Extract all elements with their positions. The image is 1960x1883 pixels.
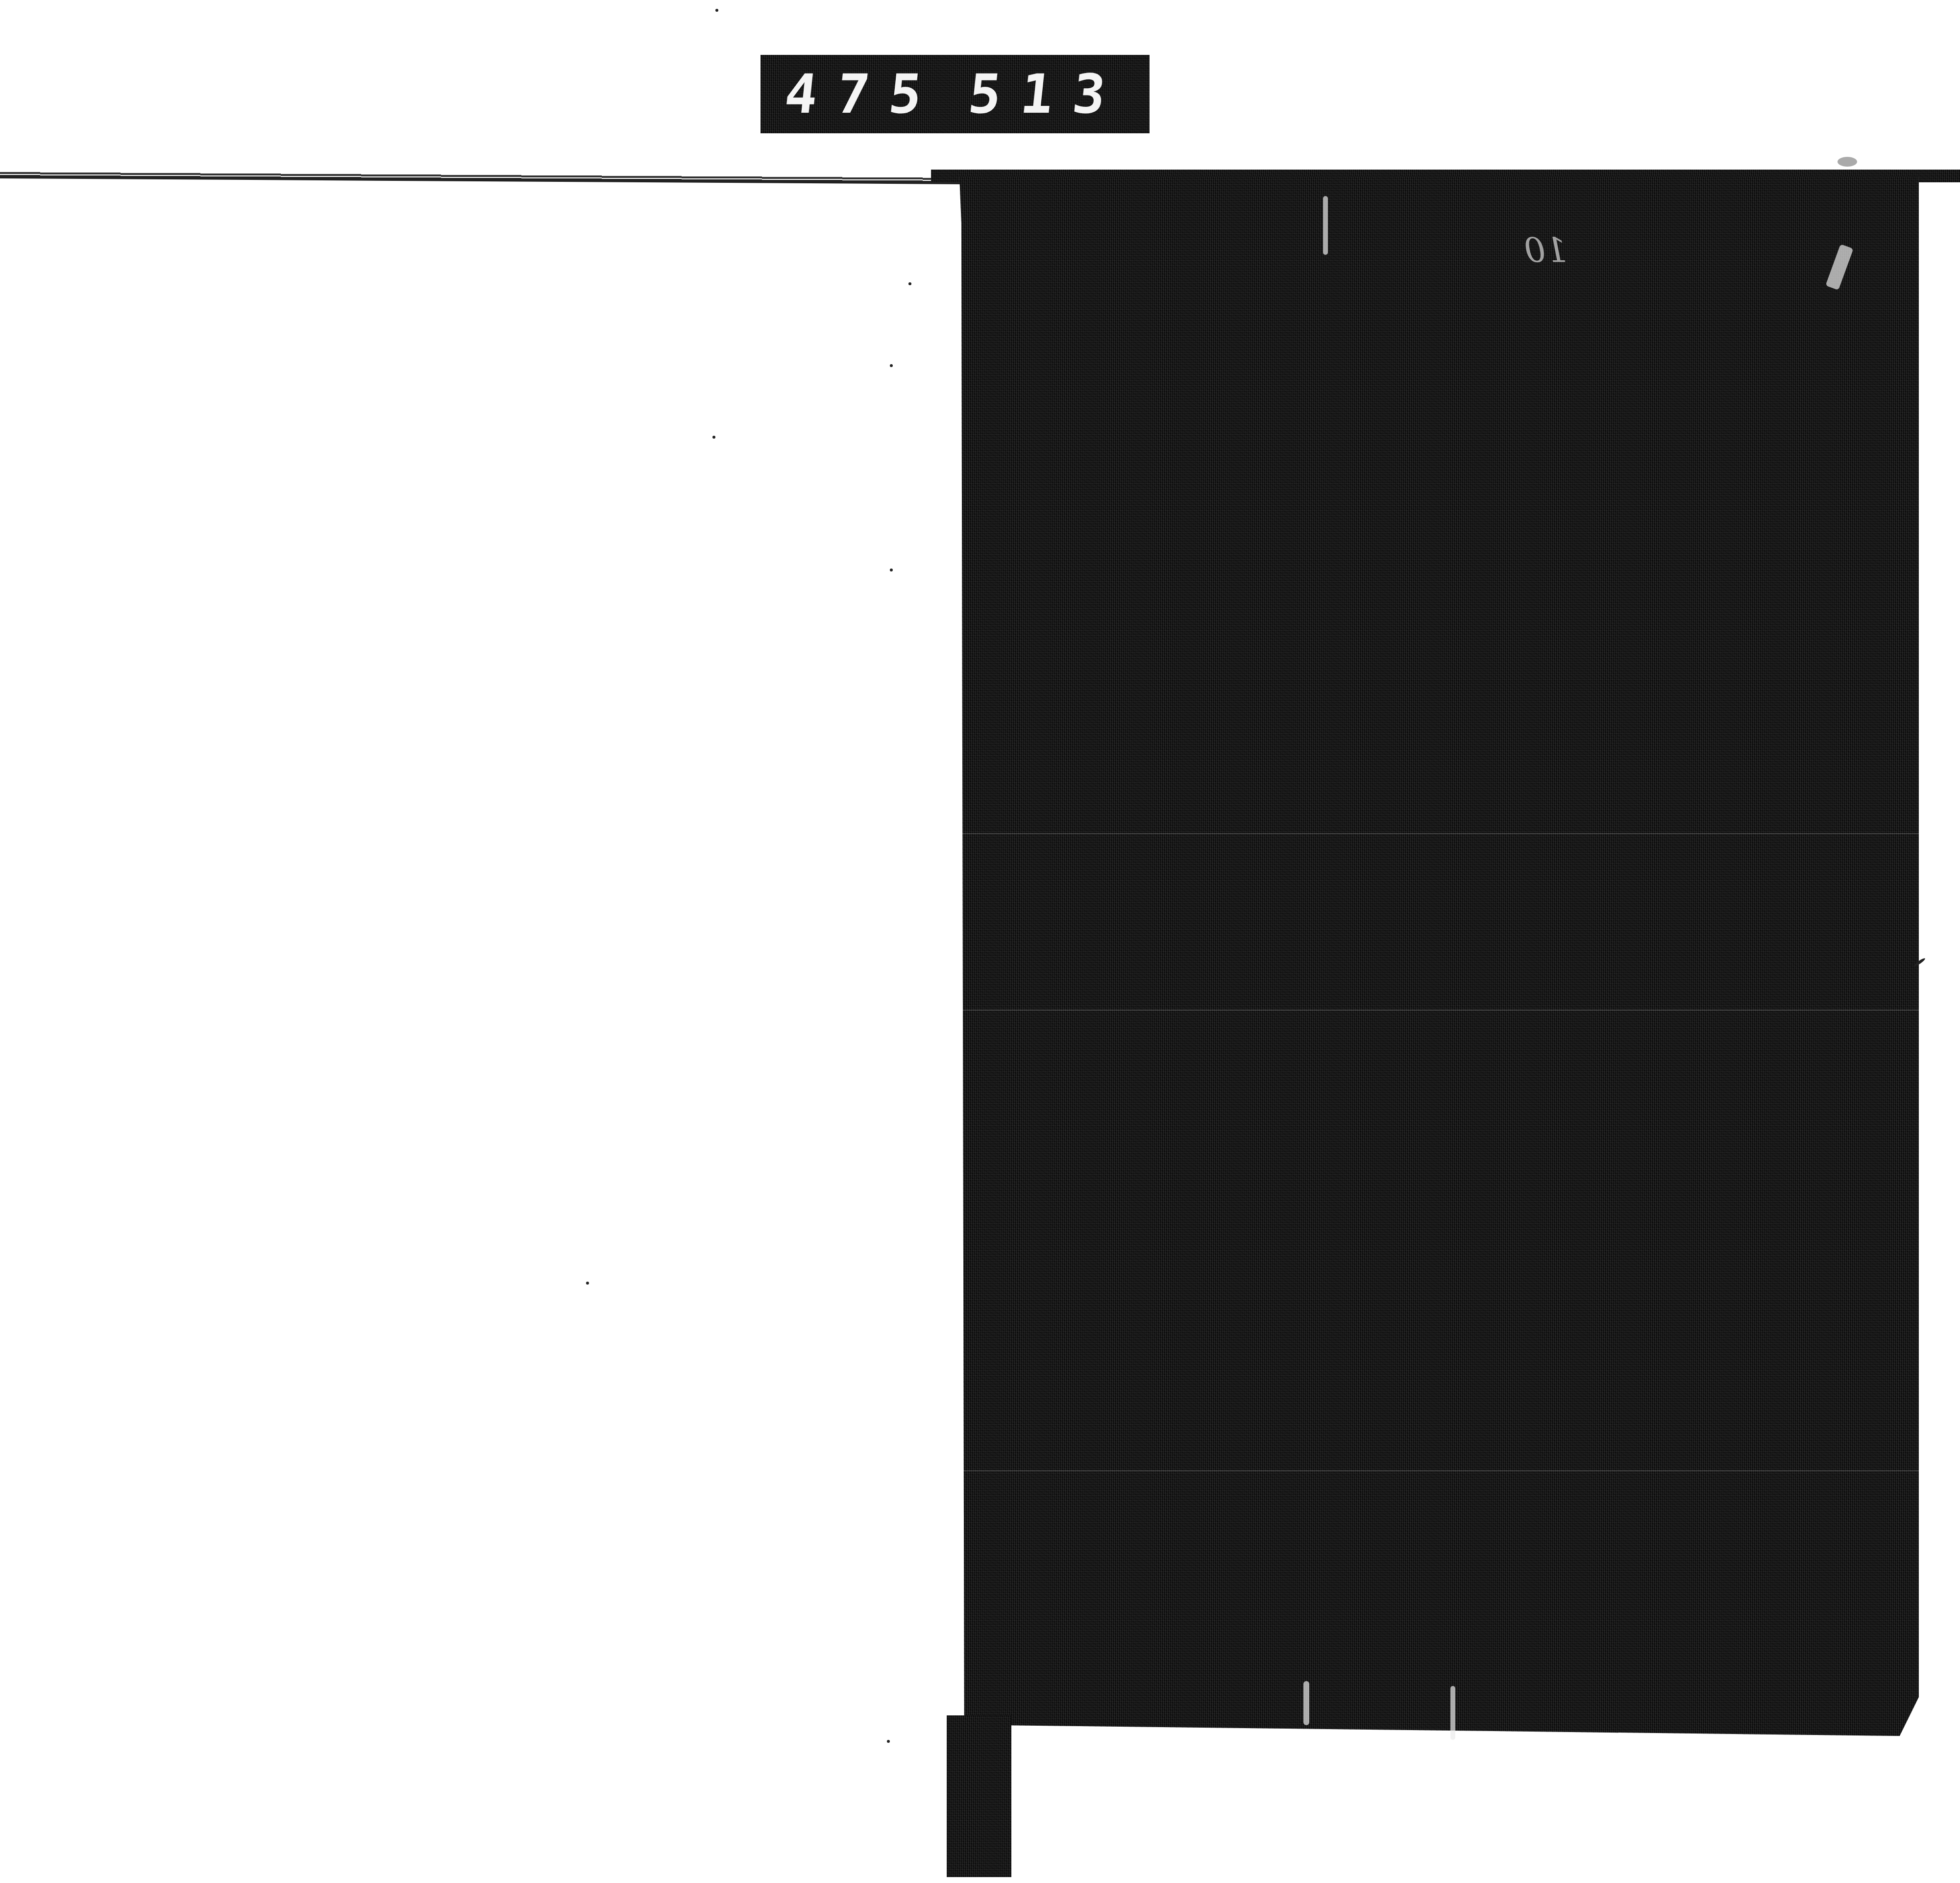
dust-speck	[715, 9, 718, 12]
page-stem	[947, 1715, 1011, 1877]
dust-speck	[712, 436, 715, 439]
dust-speck	[908, 282, 911, 285]
dust-speck	[890, 569, 893, 571]
fold-line	[959, 833, 1919, 834]
fold-line	[959, 1010, 1919, 1011]
dust-speck	[887, 1740, 890, 1743]
dust-speck	[586, 1282, 589, 1285]
dust-speck	[1837, 157, 1857, 167]
frame-number: 513	[966, 63, 1128, 125]
scratch-mark	[1323, 196, 1328, 255]
scratch-mark	[1450, 1686, 1455, 1740]
dust-speck	[890, 364, 893, 367]
reel-number: 475	[782, 63, 944, 125]
scanned-page	[959, 176, 1919, 1736]
mirrored-page-number: 10	[1524, 230, 1568, 271]
scratch-mark	[1303, 1681, 1309, 1725]
top-rule	[0, 171, 960, 184]
frame-label: 475 513	[760, 55, 1150, 133]
fold-line	[959, 1470, 1919, 1471]
